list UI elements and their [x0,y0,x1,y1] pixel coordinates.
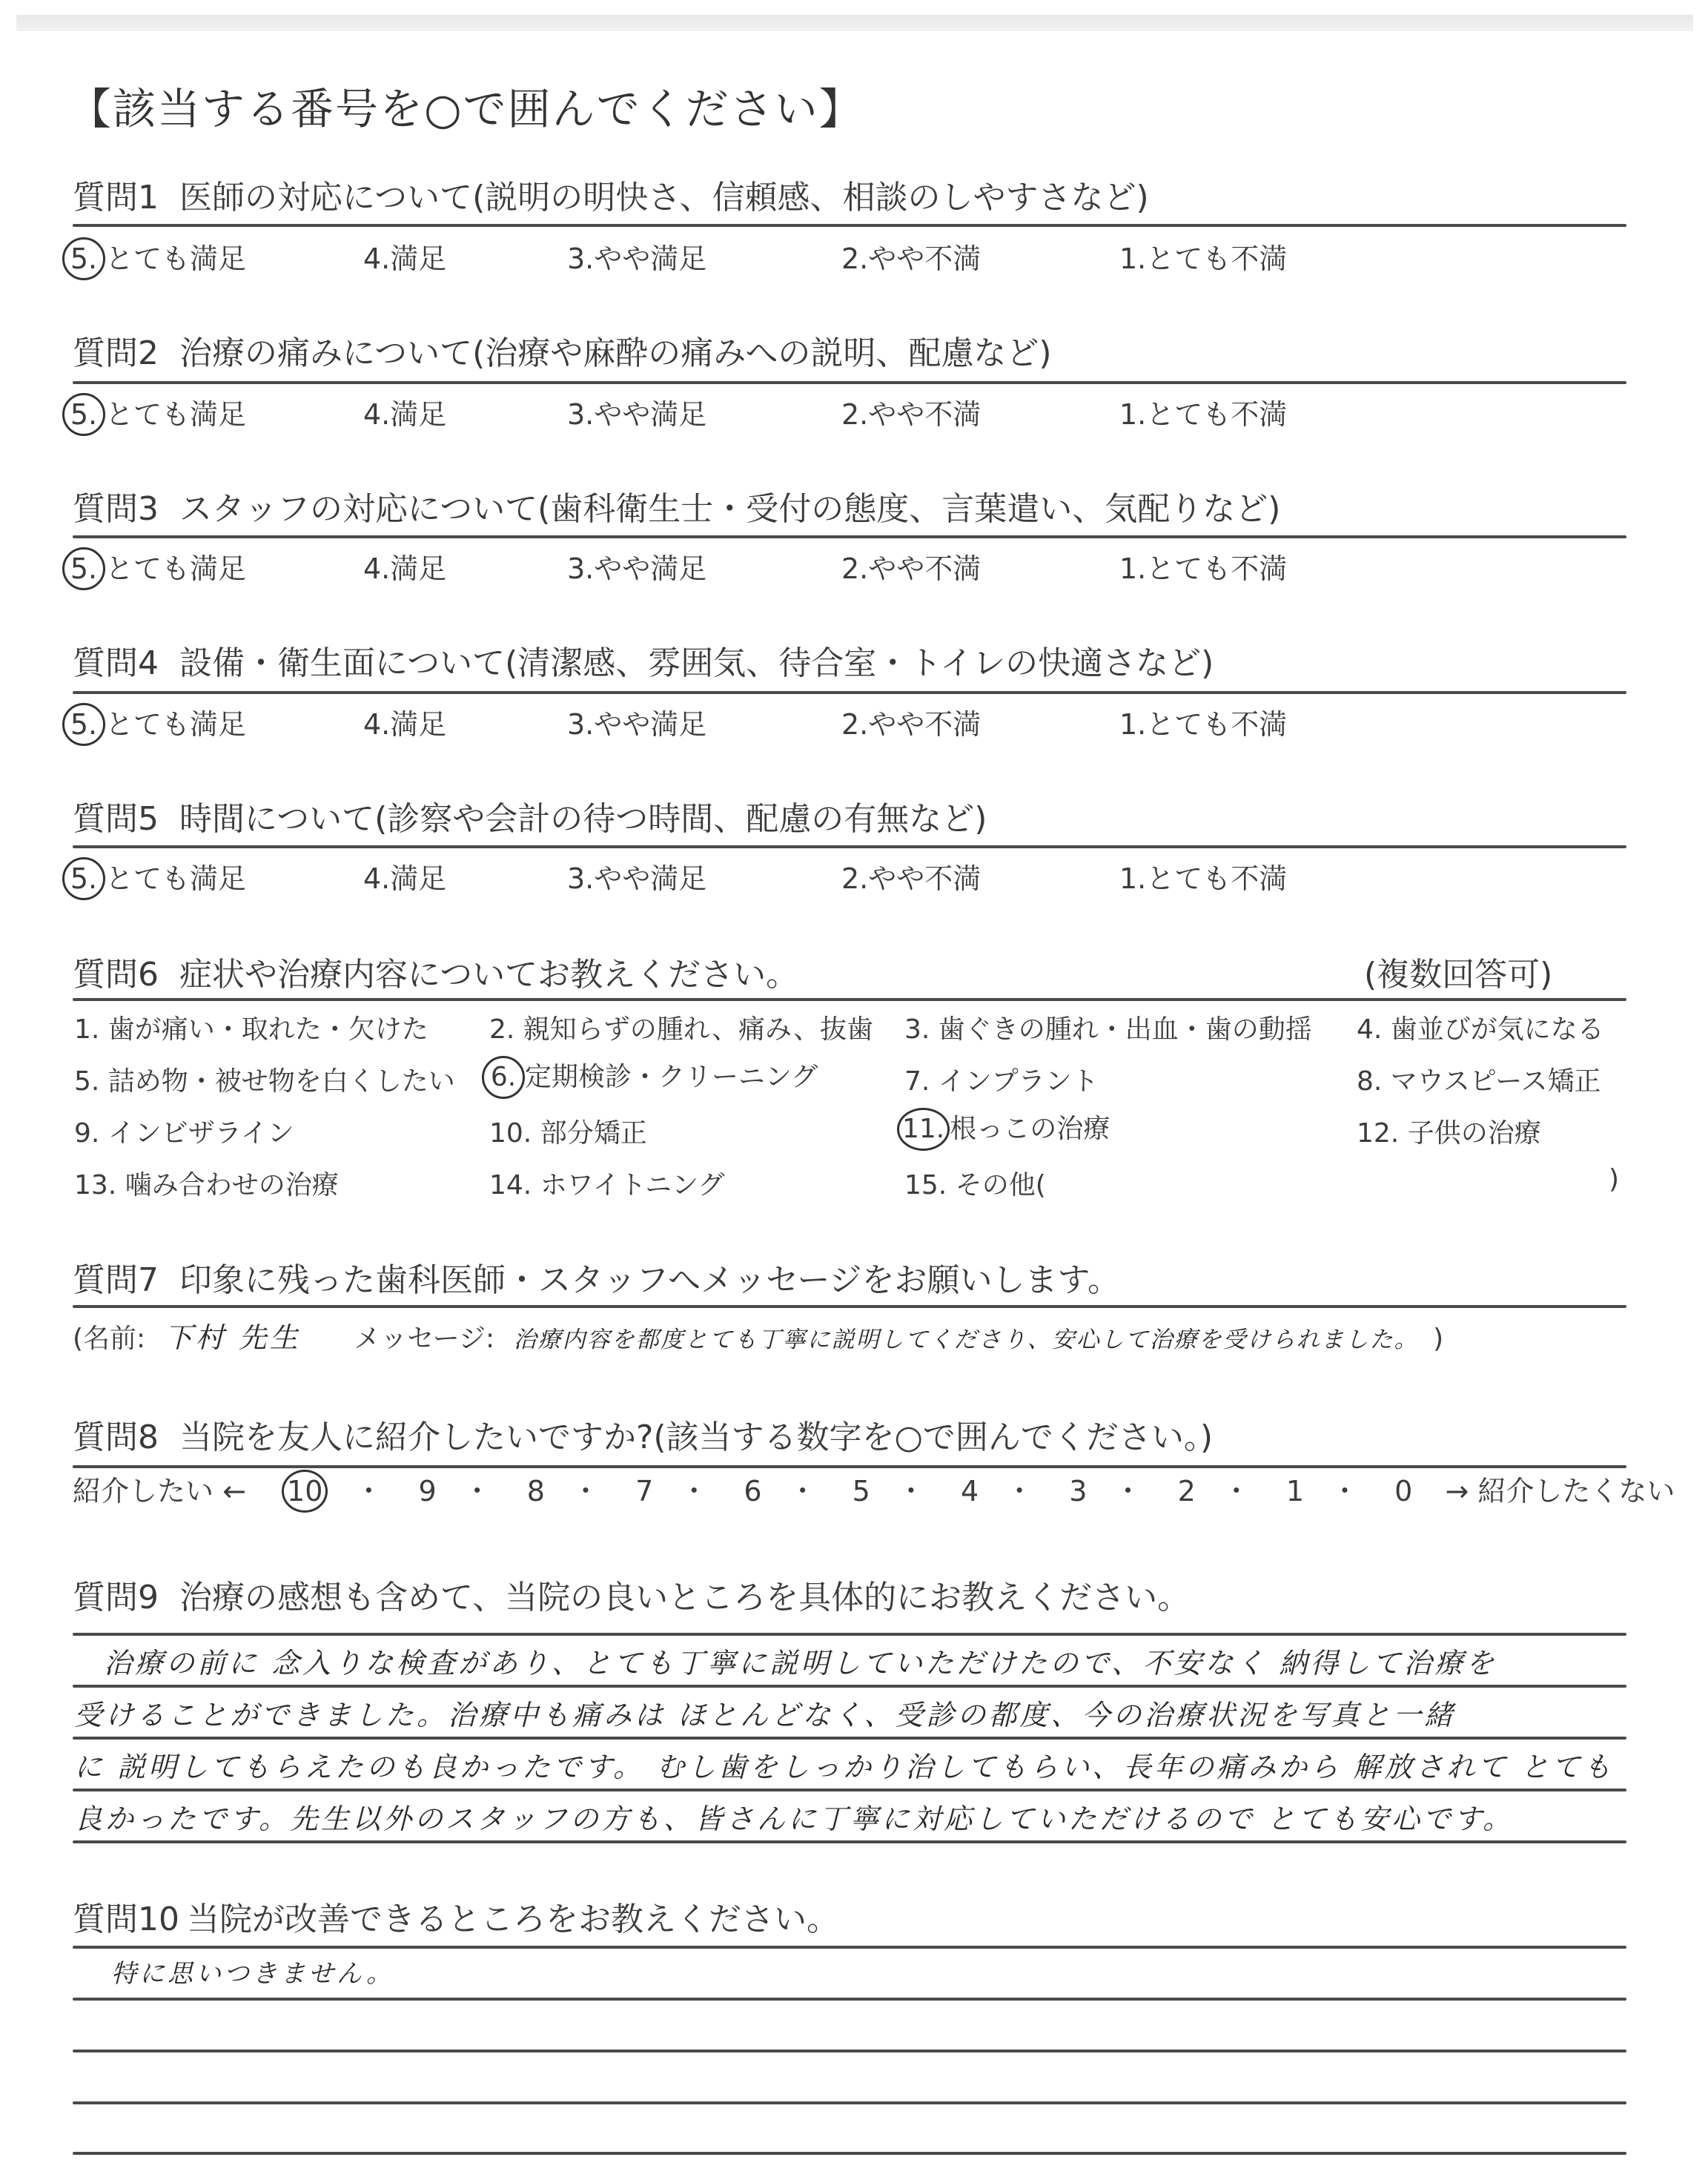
q3-option-4[interactable]: 4.満足 [363,546,446,587]
q4-option-3[interactable]: 3.やや満足 [567,701,706,742]
q8-left-label: 紹介したい ← [73,1468,246,1509]
q9-answer-line-4[interactable]: 良かったです。先生以外のスタッフの方も、皆さんに丁寧に対応していただけるので と… [74,1796,1514,1837]
q6-option-6[interactable]: 6.定期検診・クリーニング [486,1056,818,1099]
q8-text: 当院を友人に紹介したいですか?(該当する数字を○で囲んでください。) [179,1418,1213,1456]
q4-number: 質問4 [73,644,159,682]
q1-option-4[interactable]: 4.満足 [363,236,446,277]
option-label: 根っこの治療 [950,1114,1110,1144]
q7-text: 印象に残った歯科医師・スタッフへメッセージをお願いします。 [179,1261,1120,1299]
q9-rule-4 [73,1840,1626,1843]
q4-option-5[interactable]: 5.とても満足 [67,701,246,746]
q9-rule-0 [73,1633,1626,1636]
q4-option-4[interactable]: 4.満足 [363,701,446,742]
q7-message-label: メッセージ: [354,1324,494,1354]
option-label: とても満足 [105,242,246,275]
q1-option-5[interactable]: 5.とても満足 [67,236,246,280]
q4-option-1[interactable]: 1.とても不満 [1119,701,1287,742]
q5-number: 質問5 [73,800,159,838]
q10-text: 当院が改善できるところをお教えください。 [187,1900,839,1938]
q6-number: 質問6 [73,956,159,994]
scan-top-edge [16,15,1693,31]
q3-option-1[interactable]: 1.とても不満 [1119,546,1287,587]
q5-text: 時間について(診察や会計の待つ時間、配慮の有無など) [179,800,987,838]
q10-number: 質問10 [73,1900,179,1938]
q3-number: 質問3 [73,490,159,528]
selection-circle: 5. [62,547,105,590]
q4-heading: 質問4設備・衛生面について(清潔感、雰囲気、待合室・トイレの快適さなど) [73,636,1214,684]
q3-option-2[interactable]: 2.やや不満 [841,546,981,587]
q3-rule [73,535,1626,538]
q6-rule [73,998,1626,1001]
option-label: とても満足 [105,398,246,431]
q6-other-close: ) [1609,1164,1619,1195]
q10-heading: 質問10当院が改善できるところをお教えください。 [73,1892,839,1940]
q2-option-4[interactable]: 4.満足 [363,392,446,432]
q7-number: 質問7 [73,1261,159,1299]
selection-circle: 11. [897,1108,950,1151]
q4-rule [73,691,1626,694]
q3-heading: 質問3スタッフの対応について(歯科衛生士・受付の態度、言葉遣い、気配りなど) [73,482,1280,529]
q2-rule [73,381,1626,384]
q8-scale-3[interactable]: 3 [1069,1475,1087,1507]
q9-number: 質問9 [73,1579,159,1616]
q8-scale-9[interactable]: 9 [418,1475,436,1507]
q9-text: 治療の感想も含めて、当院の良いところを具体的にお教えください。 [179,1579,1190,1616]
q2-option-2[interactable]: 2.やや不満 [841,392,981,432]
option-label: とても満足 [105,862,246,895]
q9-rule-3 [73,1789,1626,1791]
q5-rule [73,845,1626,848]
q6-text: 症状や治療内容についてお教えください。 [179,956,798,994]
selection-circle: 5. [62,393,105,436]
q3-option-5[interactable]: 5.とても満足 [67,546,246,590]
q7-answer-row: (名前: 下村 先生 メッセージ: 治療内容を都度とても丁寧に説明してくださり、… [73,1315,1443,1355]
q6-option-13[interactable]: 13. 噛み合わせの治療 [74,1164,339,1202]
selection-circle: 5. [62,237,105,280]
q8-scale-4[interactable]: 4 [961,1475,979,1507]
q10-answer-line-1[interactable]: 特に思いつきません。 [111,1953,394,1989]
q7-name-value[interactable]: 下村 先生 [165,1321,301,1354]
q9-rule-2 [73,1737,1626,1740]
q6-option-14[interactable]: 14. ホワイトニング [489,1164,724,1202]
q8-scale-10[interactable]: 10 [282,1470,328,1513]
q10-rule-4 [73,2152,1626,2155]
q10-rule-1 [73,1998,1626,2001]
q9-heading: 質問9治療の感想も含めて、当院の良いところを具体的にお教えください。 [73,1571,1190,1618]
q8-number: 質問8 [73,1418,159,1456]
q6-heading: 質問6症状や治療内容についてお教えください。 [73,948,798,995]
q1-rule [73,224,1626,227]
q7-heading: 質問7印象に残った歯科医師・スタッフへメッセージをお願いします。 [73,1253,1120,1301]
q8-scale-5[interactable]: 5 [853,1475,870,1507]
q1-option-3[interactable]: 3.やや満足 [567,236,706,277]
q8-scale-6[interactable]: 6 [744,1475,761,1507]
q1-text: 医師の対応について(説明の明快さ、信頼感、相談のしやすさなど) [179,179,1149,217]
q8-heading: 質問8当院を友人に紹介したいですか?(該当する数字を○で囲んでください。) [73,1410,1213,1458]
q9-answer-line-2[interactable]: 受けることができました。治療中も痛みは ほとんどなく、受診の都度、今の治療状況を… [74,1692,1455,1733]
q6-option-3[interactable]: 3. 歯ぐきの腫れ・出血・歯の動揺 [904,1008,1312,1046]
q8-scale-7[interactable]: 7 [635,1475,653,1507]
q6-option-15[interactable]: 15. その他( [904,1164,1046,1202]
option-label: とても満足 [105,708,246,741]
q8-scale-0[interactable]: 0 [1394,1475,1412,1507]
q7-rule [73,1305,1626,1308]
q6-option-5[interactable]: 5. 詰め物・被せ物を白くしたい [74,1060,455,1098]
q1-number: 質問1 [73,179,159,217]
q3-text: スタッフの対応について(歯科衛生士・受付の態度、言葉遣い、気配りなど) [179,490,1280,528]
q4-option-2[interactable]: 2.やや不満 [841,701,981,742]
q5-option-5[interactable]: 5.とても満足 [67,856,246,900]
q6-option-4[interactable]: 4. 歯並びが気になる [1357,1008,1604,1046]
q5-heading: 質問5時間について(診察や会計の待つ時間、配慮の有無など) [73,792,987,839]
selection-circle: 6. [482,1056,525,1099]
q6-option-11[interactable]: 11.根っこの治療 [901,1108,1110,1151]
q5-option-4[interactable]: 4.満足 [363,856,446,896]
option-label: 定期検診・クリーニング [525,1062,818,1092]
q4-text: 設備・衛生面について(清潔感、雰囲気、待合室・トイレの快適さなど) [179,644,1214,682]
q6-option-12[interactable]: 12. 子供の治療 [1357,1112,1541,1150]
q2-option-1[interactable]: 1.とても不満 [1119,392,1287,432]
q9-answer-line-1[interactable]: 治療の前に 念入りな検査があり、とても丁寧に説明していただけたので、不安なく 納… [104,1640,1497,1681]
q2-text: 治療の痛みについて(治療や麻酔の痛みへの説明、配慮など) [179,334,1052,372]
q8-scale-2[interactable]: 2 [1178,1475,1196,1507]
q1-option-1[interactable]: 1.とても不満 [1119,236,1287,277]
q5-option-2[interactable]: 2.やや不満 [841,856,981,896]
q6-option-1[interactable]: 1. 歯が痛い・取れた・欠けた [74,1008,428,1046]
q6-option-2[interactable]: 2. 親知らずの腫れ、痛み、抜歯 [489,1008,873,1046]
q10-rule-2 [73,2050,1626,2052]
q7-name-label: (名前: [73,1324,145,1354]
page-title: 【該当する番号を○で囲んでください】 [68,74,864,136]
q1-option-2[interactable]: 2.やや不満 [841,236,981,277]
q1-heading: 質問1医師の対応について(説明の明快さ、信頼感、相談のしやすさなど) [73,171,1149,218]
q9-answer-line-3[interactable]: に 説明してもらえたのも良かったです。 むし歯をしっかり治してもらい、長年の痛み… [74,1744,1614,1785]
q6-option-7[interactable]: 7. インプラント [904,1060,1099,1098]
q5-option-1[interactable]: 1.とても不満 [1119,856,1287,896]
q9-rule-1 [73,1685,1626,1688]
q6-option-10[interactable]: 10. 部分矯正 [489,1112,647,1150]
selection-circle: 5. [62,857,105,900]
q10-rule-3 [73,2101,1626,2104]
q6-option-8[interactable]: 8. マウスピース矯正 [1357,1060,1601,1098]
q8-right-label: → 紹介したくない [1445,1468,1675,1509]
q10-rule-0 [73,1946,1626,1949]
q3-option-3[interactable]: 3.やや満足 [567,546,706,587]
q7-message-value[interactable]: 治療内容を都度とても丁寧に説明してくださり、安心して治療を受けられました。 [514,1327,1419,1353]
q2-option-5[interactable]: 5.とても満足 [67,392,246,436]
q2-option-3[interactable]: 3.やや満足 [567,392,706,432]
q8-scale-row: 紹介したい ← 10・ 9・ 8・ 7・ 6・ 5・ 4・ 3・ 2・ 1・ 0… [73,1468,1629,1513]
q5-option-3[interactable]: 3.やや満足 [567,856,706,896]
option-label: とても満足 [105,552,246,585]
q8-scale-1[interactable]: 1 [1286,1475,1304,1507]
q2-number: 質問2 [73,334,159,372]
q6-option-9[interactable]: 9. インビザライン [74,1112,294,1150]
q2-heading: 質問2治療の痛みについて(治療や麻酔の痛みへの説明、配慮など) [73,326,1052,374]
q8-scale-8[interactable]: 8 [527,1475,545,1507]
selection-circle: 5. [62,703,105,746]
q7-close-paren: ) [1433,1324,1443,1354]
q6-multiple-note: (複数回答可) [1364,948,1552,995]
